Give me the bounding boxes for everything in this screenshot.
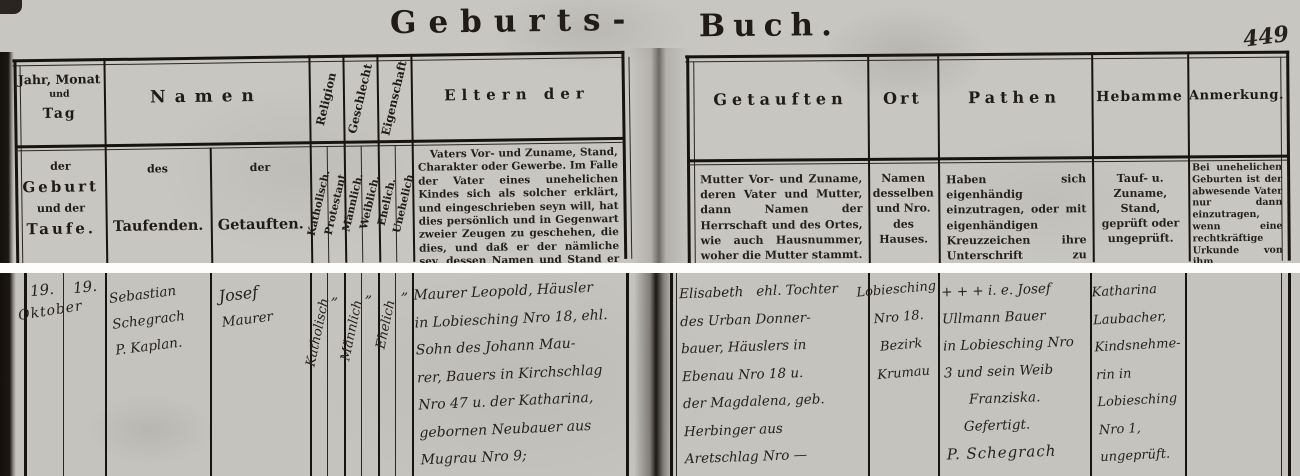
pathen-entry: + + + i. e. Josef Ullmann Bauer in Lobie… — [941, 275, 1092, 469]
anmerkung-column-header: Anmerkung. — [1187, 88, 1285, 104]
mutter-entry: Elisabeth ehl. Tochter des Urban Donner-… — [679, 275, 872, 474]
hebamme-line: ungeprüft. — [1100, 440, 1189, 472]
ort-description: Namen desselben und Nro. des Hauses. — [872, 170, 935, 247]
right-page-header: Buch. 449 Getauften Ort Pathen Hebamme A… — [0, 0, 1300, 271]
table-border-right — [626, 273, 629, 476]
table-border-left — [24, 273, 27, 476]
pathen-line: in Lobiesching Nro — [943, 329, 1088, 361]
getauften-column-header: Getauften — [693, 89, 867, 109]
geschlecht-ditto-mark: „ — [365, 285, 372, 301]
hebamme-description: Tauf- u. Zuname, Stand, geprüft oder ung… — [1096, 170, 1185, 246]
month: Oktober — [17, 298, 84, 324]
table-border-left-inner — [676, 273, 677, 476]
pathen-line: Franziska. — [969, 382, 1090, 413]
pathen-signature: P. Schegrach — [946, 436, 1091, 468]
right-page-title: Buch. — [699, 7, 840, 44]
table-border-right-inner — [1281, 273, 1282, 476]
taufender-entry: Sebastian Schegrach P. Kaplan. — [108, 274, 213, 363]
eigenschaft-ditto-mark: „ — [401, 282, 408, 298]
column-divider — [210, 273, 212, 476]
eigenschaft-entry: Ehelich — [366, 264, 406, 384]
ort-line: Krumau — [861, 356, 947, 391]
anmerkung-entry-empty — [1190, 273, 1280, 476]
record-row-strip: 19. 19. Oktober Sebastian Schegrach P. K… — [0, 273, 1300, 476]
table-border-right — [1288, 273, 1291, 476]
mutter-line: Aretschlag Nro — — [684, 440, 871, 474]
page-number: 449 — [1242, 21, 1291, 53]
eltern-entry: Maurer Leopold, Häusler in Lobiesching N… — [413, 274, 627, 475]
ort-entry: Lobiesching Nro 18. Bezirk Krumau — [853, 273, 946, 392]
birth-day: 19. — [29, 280, 55, 300]
ort-column-header: Ort — [867, 88, 937, 108]
pathen-column-header: Pathen — [937, 87, 1091, 107]
scanned-birth-register: Geburts- Jahr, Monat und — [0, 0, 1300, 476]
baptism-day: 19. — [72, 277, 98, 297]
getauften-description: Mutter Vor- und Zuname, deren Vater und … — [700, 171, 863, 263]
book-fold — [634, 273, 674, 476]
hebamme-column-header: Hebamme — [1091, 88, 1187, 105]
header-strip: Geburts- Jahr, Monat und — [0, 0, 1300, 263]
getaufter-entry: Josef Maurer — [217, 273, 303, 336]
column-divider — [105, 273, 107, 476]
hebamme-line: Lobiesching — [1097, 385, 1186, 417]
book-edge-left — [0, 273, 16, 476]
religion-ditto-mark: „ — [331, 287, 338, 303]
hebamme-line: Kindsnehme- — [1094, 330, 1183, 362]
table-border-left — [670, 273, 673, 476]
scan-stitch-gap — [0, 263, 1300, 273]
hebamme-entry: Katharina Laubacher, Kindsnehme- rin in … — [1091, 275, 1189, 472]
